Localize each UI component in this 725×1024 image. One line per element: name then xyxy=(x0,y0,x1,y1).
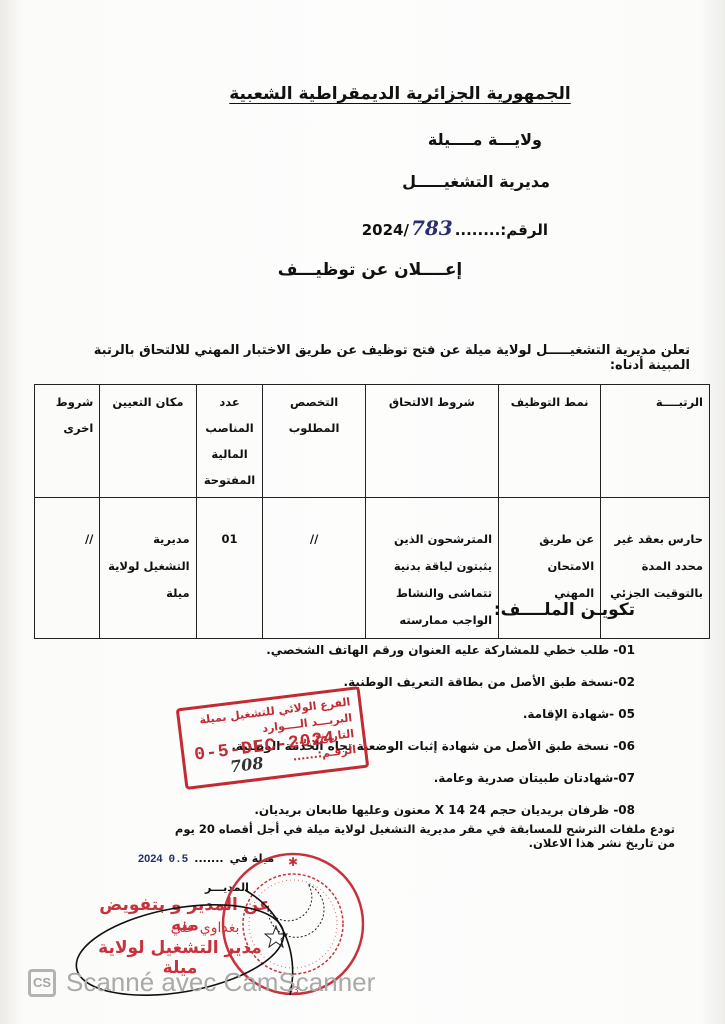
cell-specialty: // xyxy=(263,498,365,639)
cell-open-posts: 01 xyxy=(196,498,263,639)
camscanner-watermark: CS Scanné avec CamScanner xyxy=(28,967,375,998)
header-rank: الرتبــــة xyxy=(601,385,710,498)
camscanner-logo-icon: CS xyxy=(28,969,56,997)
table-header-row: الرتبــــة نمط التوظيف شروط الالتحاق الت… xyxy=(35,385,710,498)
reference-number: الرقم: ........ 783 /2024 xyxy=(362,216,548,240)
deposit-note: تودع ملفات الترشح للمسابقة في مقر مديرية… xyxy=(155,822,675,850)
cell-conditions: المترشحون الذين يثبتون لياقة بدنية تتماش… xyxy=(365,498,498,639)
header-assignment-place: مكان التعيين xyxy=(100,385,196,498)
svg-text:✱: ✱ xyxy=(288,855,298,869)
cell-assignment-place: مديرية التشغيل لولاية ميلة xyxy=(100,498,196,639)
stamp-number-value: 708 xyxy=(229,753,264,776)
scanned-document-page: الجمهورية الجزائرية الديمقراطية الشعبية … xyxy=(0,0,725,1024)
watermark-text: Scanné avec CamScanner xyxy=(66,967,375,998)
list-item: 02-نسخة طبق الأصل من بطاقة التعريف الوطن… xyxy=(115,672,635,704)
cell-other-conditions: // xyxy=(35,498,100,639)
announcement-title: إعــــلان عن توظيـــف xyxy=(270,260,470,280)
wilaya-name: ولايـــة مــــيلة xyxy=(428,130,542,149)
directorate-name: مديرية التشغيـــــل xyxy=(402,172,550,191)
header-recruitment-mode: نمط التوظيف xyxy=(499,385,601,498)
republic-heading: الجمهورية الجزائرية الديمقراطية الشعبية xyxy=(200,84,600,104)
reference-year: /2024 xyxy=(362,221,409,239)
date-day: 0.5 xyxy=(168,854,188,866)
reference-handwritten-number: 783 xyxy=(411,216,453,240)
reference-label: الرقم: xyxy=(500,221,548,239)
header-specialty: التخصص المطلوب xyxy=(263,385,365,498)
header-other-conditions: شروط اخرى xyxy=(35,385,100,498)
date-year: 2024 xyxy=(138,853,162,865)
file-composition-title: تكويـن الملــــف: xyxy=(494,600,635,620)
announcement-intro: تعلن مديرية التشغيـــــل لولاية ميلة عن … xyxy=(60,343,690,373)
header-conditions: شروط الالتحاق xyxy=(365,385,498,498)
header-open-posts: عدد المناصب المالية المفتوحة xyxy=(196,385,263,498)
list-item: 01- طلب خطي للمشاركة عليه العنوان ورقم ا… xyxy=(115,640,635,672)
reference-dots: ........ xyxy=(455,221,501,239)
